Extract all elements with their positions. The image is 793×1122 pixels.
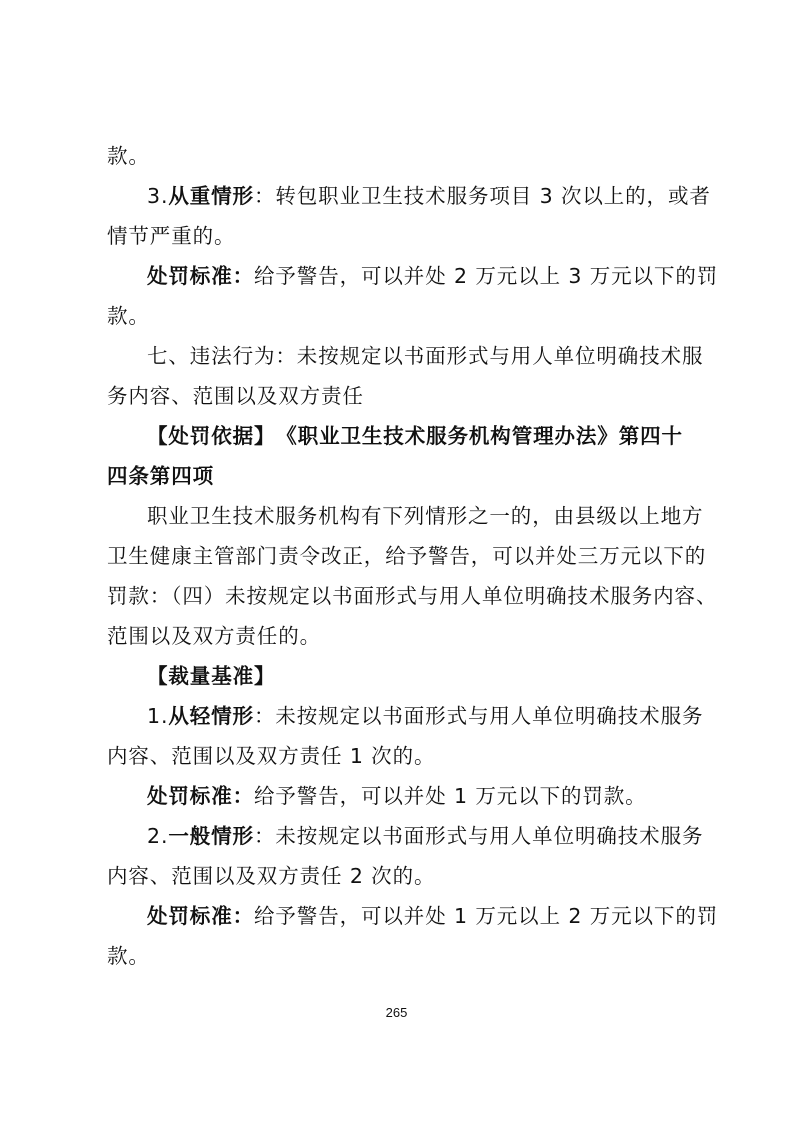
- penalty-label: 处罚标准：: [147, 784, 254, 808]
- text: 款。: [107, 144, 150, 168]
- text: 务内容、范围以及双方责任: [107, 384, 364, 408]
- text: 给予警告，可以并处 1 万元以上 2 万元以下的罚: [254, 904, 718, 928]
- text: 内容、范围以及双方责任 2 次的。: [107, 864, 435, 888]
- severity-label: 一般情形: [168, 824, 254, 848]
- penalty-standard-line: 处罚标准：给予警告，可以并处 1 万元以下的罚款。: [147, 783, 647, 809]
- severity-heavy-line: 3.从重情形：转包职业卫生技术服务项目 3 次以上的，或者: [147, 183, 711, 209]
- legal-text-line: 卫生健康主管部门责令改正，给予警告，可以并处三万元以下的: [107, 543, 706, 569]
- text: 【处罚依据】 《职业卫生技术服务机构管理办法》第四十: [147, 424, 683, 448]
- text-line: 情节严重的。: [107, 223, 235, 249]
- page-number: 265: [0, 1005, 793, 1020]
- penalty-standard-line: 处罚标准：给予警告，可以并处 1 万元以上 2 万元以下的罚: [147, 903, 718, 929]
- item-number: 3.: [147, 184, 168, 208]
- item-number: 1.: [147, 704, 168, 728]
- item-number: 2.: [147, 824, 168, 848]
- legal-text-line: 范围以及双方责任的。: [107, 623, 321, 649]
- document-page: 款。 3.从重情形：转包职业卫生技术服务项目 3 次以上的，或者 情节严重的。 …: [0, 0, 793, 1122]
- text: 七、违法行为：未按规定以书面形式与用人单位明确技术服: [147, 344, 703, 368]
- penalty-label: 处罚标准：: [147, 904, 254, 928]
- text-line: 内容、范围以及双方责任 1 次的。: [107, 743, 435, 769]
- text: ：转包职业卫生技术服务项目 3 次以上的，或者: [254, 184, 711, 208]
- severity-general-line: 2.一般情形：未按规定以书面形式与用人单位明确技术服务: [147, 823, 703, 849]
- text: 卫生健康主管部门责令改正，给予警告，可以并处三万元以下的: [107, 544, 706, 568]
- severity-light-line: 1.从轻情形：未按规定以书面形式与用人单位明确技术服务: [147, 703, 703, 729]
- penalty-standard-line: 处罚标准：给予警告，可以并处 2 万元以上 3 万元以下的罚: [147, 263, 718, 289]
- text-line: 内容、范围以及双方责任 2 次的。: [107, 863, 435, 889]
- text: 【裁量基准】: [147, 664, 275, 688]
- text-line: 务内容、范围以及双方责任: [107, 383, 364, 409]
- text: 罚款：（四）未按规定以书面形式与用人单位明确技术服务内容、: [107, 584, 717, 608]
- text: ：未按规定以书面形式与用人单位明确技术服务: [254, 704, 703, 728]
- text: ：未按规定以书面形式与用人单位明确技术服务: [254, 824, 703, 848]
- text-line: 款。: [107, 143, 150, 169]
- violation-heading: 七、违法行为：未按规定以书面形式与用人单位明确技术服: [147, 343, 703, 369]
- legal-text-line: 罚款：（四）未按规定以书面形式与用人单位明确技术服务内容、: [107, 583, 717, 609]
- text: 四条第四项: [107, 464, 214, 488]
- discretion-standard-heading: 【裁量基准】: [147, 663, 275, 689]
- text-line: 款。: [107, 943, 150, 969]
- severity-label: 从轻情形: [168, 704, 254, 728]
- penalty-label: 处罚标准：: [147, 264, 254, 288]
- text: 给予警告，可以并处 1 万元以下的罚款。: [254, 784, 647, 808]
- severity-label: 从重情形: [168, 184, 254, 208]
- text: 职业卫生技术服务机构有下列情形之一的，由县级以上地方: [147, 504, 703, 528]
- text: 内容、范围以及双方责任 1 次的。: [107, 744, 435, 768]
- text-line: 四条第四项: [107, 463, 214, 489]
- penalty-basis-heading: 【处罚依据】 《职业卫生技术服务机构管理办法》第四十: [147, 423, 683, 449]
- text-line: 款。: [107, 303, 150, 329]
- text: 款。: [107, 944, 150, 968]
- text: 范围以及双方责任的。: [107, 624, 321, 648]
- text: 情节严重的。: [107, 224, 235, 248]
- legal-text-line: 职业卫生技术服务机构有下列情形之一的，由县级以上地方: [147, 503, 703, 529]
- text: 给予警告，可以并处 2 万元以上 3 万元以下的罚: [254, 264, 718, 288]
- text: 款。: [107, 304, 150, 328]
